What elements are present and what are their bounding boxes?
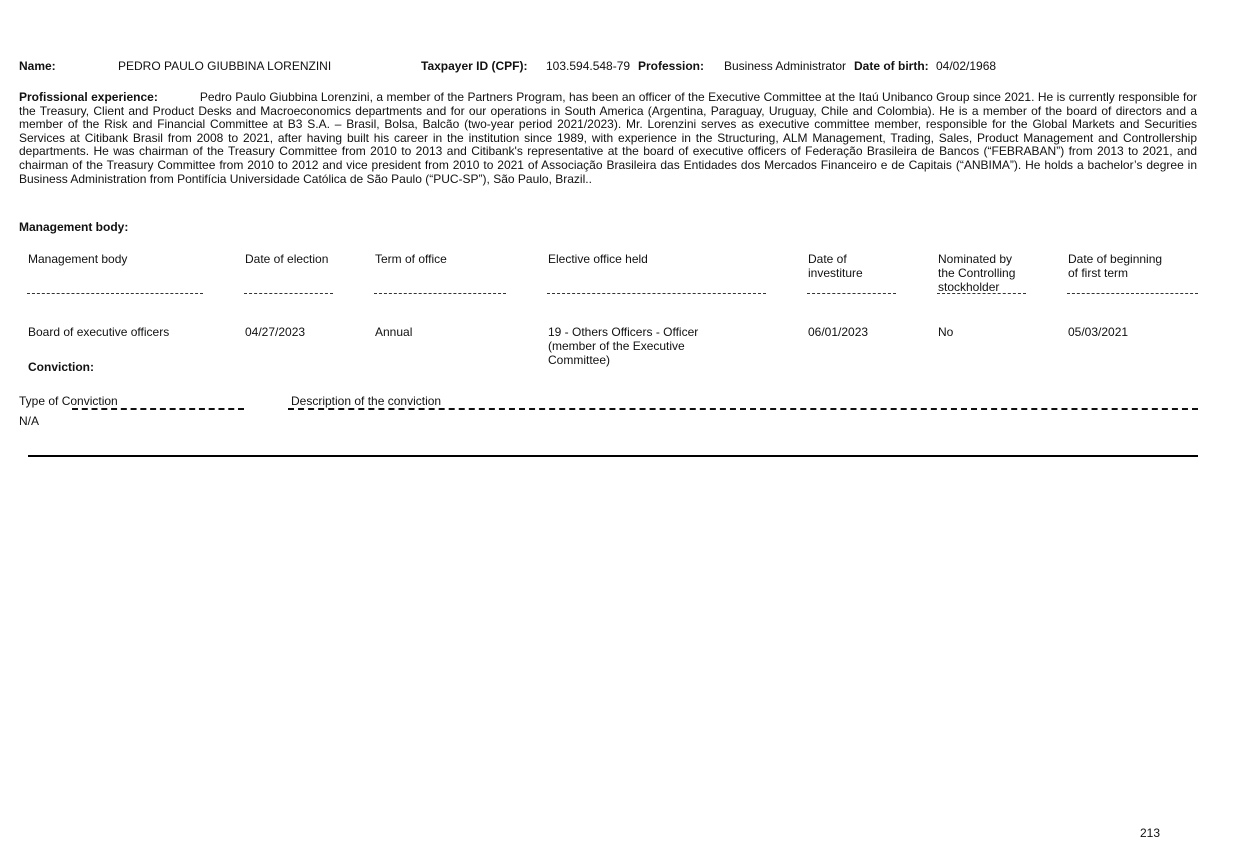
column-header: Management body [28,252,203,294]
professional-experience: Profissional experience:Pedro Paulo Giub… [19,91,1197,186]
table-cell: 19 - Others Officers - Officer (member o… [548,325,738,367]
cpf-value: 103.594.548-79 [546,59,630,73]
column-header: Date of beginning of first term [1068,252,1168,294]
column-header: Term of office [375,252,506,294]
name-label: Name: [19,59,56,73]
experience-label: Profissional experience: [19,90,158,104]
management-body-title: Management body: [19,220,128,234]
conviction-description-divider [288,408,1198,410]
conviction-title: Conviction: [28,360,94,374]
header-divider [937,293,1026,294]
column-header: Date of election [245,252,333,294]
table-cell: 05/03/2021 [1068,325,1198,339]
header-divider [244,293,333,294]
header-divider [807,293,896,294]
section-end-rule [28,455,1198,457]
header-divider [547,293,766,294]
table-cell: 04/27/2023 [245,325,333,339]
conviction-type-label: Type of Conviction [19,394,118,408]
cpf-label: Taxpayer ID (CPF): [421,59,527,73]
header-divider [27,293,203,294]
dob-value: 04/02/1968 [936,59,996,73]
conviction-description-label: Description of the conviction [291,394,441,408]
column-header: Date of investiture [808,252,896,294]
conviction-type-divider [72,408,244,410]
column-header: Elective office held [548,252,766,294]
page-number: 213 [1140,826,1160,840]
table-cell: Annual [375,325,506,339]
conviction-type-value: N/A [19,414,39,428]
experience-text: Pedro Paulo Giubbina Lorenzini, a member… [19,90,1197,186]
column-header: Nominated by the Controlling stockholder [938,252,1026,294]
profession-value: Business Administrator [724,59,846,73]
header-divider [374,293,506,294]
header-divider [1067,293,1198,294]
name-value: PEDRO PAULO GIUBBINA LORENZINI [118,59,331,73]
table-cell: 06/01/2023 [808,325,896,339]
table-cell: Board of executive officers [28,325,203,339]
profession-label: Profession: [638,59,704,73]
table-cell: No [938,325,1026,339]
dob-label: Date of birth: [854,59,929,73]
